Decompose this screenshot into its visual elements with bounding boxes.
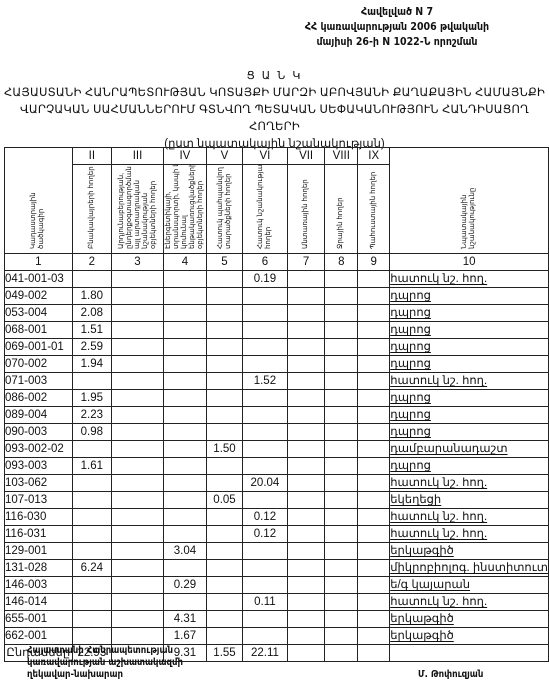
cadastral-code: 146-003 [5, 577, 73, 594]
cadastral-code: 129-001 [5, 543, 73, 560]
purpose: դպրոց [390, 407, 549, 424]
column-header: Կադաստրային ծածկագիր [5, 148, 73, 254]
cadastral-code: 116-031 [5, 526, 73, 543]
table-row: 146-0030.29ե/գ կայարան [5, 577, 549, 594]
column-header: Նպատակային նշանակությունը [390, 148, 549, 254]
area-value [358, 305, 390, 322]
area-value [358, 594, 390, 611]
area-value [206, 322, 242, 339]
area-value [163, 305, 206, 322]
area-value [163, 492, 206, 509]
column-header: Հատուկ նշանակության հողեր [243, 165, 288, 254]
area-value [243, 390, 288, 407]
cadastral-code: 662-001 [5, 628, 73, 645]
area-value [287, 594, 325, 611]
area-value [358, 288, 390, 305]
area-value [243, 560, 288, 577]
total-value: 1.55 [206, 645, 242, 662]
area-value [287, 390, 325, 407]
land-table: Կադաստրային ծածկագիրIIIIIIVVVIVIIVIIIIXՆ… [4, 147, 549, 662]
area-value [206, 560, 242, 577]
area-value [358, 390, 390, 407]
purpose: դպրոց [390, 458, 549, 475]
column-header-text: Նպատակային նշանակությունը [461, 169, 477, 249]
roman-numeral: VII [287, 148, 325, 165]
area-value [112, 424, 164, 441]
area-value [112, 458, 164, 475]
cadastral-code: 093-002-02 [5, 441, 73, 458]
cadastral-code: 069-001-01 [5, 339, 73, 356]
area-value [358, 322, 390, 339]
cadastral-code: 049-002 [5, 288, 73, 305]
annex-decree: ՀՀ կառավարության 2006 թվականի [297, 20, 497, 35]
cadastral-code: 070-002 [5, 356, 73, 373]
purpose: հատուկ նշ. հող. [390, 526, 549, 543]
area-value [325, 390, 358, 407]
purpose: եկեղեցի [390, 492, 549, 509]
purpose: հատուկ նշ. հող. [390, 475, 549, 492]
area-value [243, 492, 288, 509]
table-row: 053-0042.08դպրոց [5, 305, 549, 322]
table-row: 071-0031.52հատուկ նշ. հող. [5, 373, 549, 390]
purpose: երկաթգիծ [390, 628, 549, 645]
signatory-line-1: Հայաստանի Հանրապետության [27, 645, 183, 657]
area-value [206, 305, 242, 322]
area-value [325, 441, 358, 458]
area-value: 4.31 [163, 611, 206, 628]
table-row: 070-0021.94դպրոց [5, 356, 549, 373]
area-value [72, 492, 112, 509]
area-value [325, 356, 358, 373]
area-value [287, 288, 325, 305]
table-row: 146-0140.11հատուկ նշ. հող. [5, 594, 549, 611]
table-row: 069-001-012.59դպրոց [5, 339, 549, 356]
area-value: 1.51 [72, 322, 112, 339]
column-header-text: Հատուկ նշանակության հողեր [257, 165, 273, 250]
table-row: 041-001-030.19հատուկ նշ. հող. [5, 271, 549, 288]
area-value [206, 356, 242, 373]
area-value [206, 424, 242, 441]
total-value: 22.11 [243, 645, 288, 662]
roman-numeral: VI [243, 148, 288, 165]
area-value [287, 305, 325, 322]
table-row: 068-0011.51դպրոց [5, 322, 549, 339]
area-value [325, 458, 358, 475]
area-value [206, 611, 242, 628]
purpose: դպրոց [390, 305, 549, 322]
area-value [206, 288, 242, 305]
area-value [287, 509, 325, 526]
roman-numeral: II [72, 148, 112, 165]
area-value [325, 288, 358, 305]
area-value: 1.95 [72, 390, 112, 407]
area-value [112, 492, 164, 509]
area-value [72, 594, 112, 611]
area-value: 0.98 [72, 424, 112, 441]
area-value [206, 628, 242, 645]
area-value [163, 509, 206, 526]
area-value: 1.52 [243, 373, 288, 390]
area-value: 1.61 [72, 458, 112, 475]
area-value [112, 288, 164, 305]
area-value [287, 560, 325, 577]
area-value [112, 271, 164, 288]
area-value [72, 628, 112, 645]
area-value [112, 339, 164, 356]
area-value [243, 458, 288, 475]
area-value [112, 475, 164, 492]
purpose: դամբարանադաշտ [390, 441, 549, 458]
area-value: 2.08 [72, 305, 112, 322]
area-value: 0.29 [163, 577, 206, 594]
area-value [243, 628, 288, 645]
area-value [287, 271, 325, 288]
area-value [163, 373, 206, 390]
table-row: 093-0031.61դպրոց [5, 458, 549, 475]
table-row: 089-0042.23դպրոց [5, 407, 549, 424]
table-row: 107-0130.05եկեղեցի [5, 492, 549, 509]
table-row: 662-0011.67երկաթգիծ [5, 628, 549, 645]
signatory-title: Հայաստանի Հանրապետության կառավարության ա… [27, 645, 183, 681]
cadastral-code: 053-004 [5, 305, 73, 322]
area-value [163, 424, 206, 441]
cadastral-code: 116-030 [5, 509, 73, 526]
area-value [163, 526, 206, 543]
area-value [325, 305, 358, 322]
annex-date: մայիսի 26-ի N 1022-Ն որոշման [297, 35, 497, 50]
area-value: 1.80 [72, 288, 112, 305]
area-value [163, 441, 206, 458]
cadastral-code: 089-004 [5, 407, 73, 424]
area-value [163, 458, 206, 475]
area-value [325, 492, 358, 509]
area-value [206, 594, 242, 611]
area-value [206, 339, 242, 356]
column-header-text: Արդյունաբերության, ընդերքօգտագործման և ա… [118, 165, 158, 250]
area-value [358, 407, 390, 424]
area-value [112, 526, 164, 543]
area-value [163, 407, 206, 424]
purpose: երկաթգիծ [390, 543, 549, 560]
area-value [243, 577, 288, 594]
column-header: Հատուկ պահպանվող տարածքների հողեր [206, 165, 242, 254]
area-value [112, 356, 164, 373]
area-value [163, 288, 206, 305]
area-value [325, 407, 358, 424]
area-value [358, 611, 390, 628]
area-value [112, 305, 164, 322]
area-value [72, 526, 112, 543]
column-number: 6 [243, 254, 288, 271]
roman-numeral: V [206, 148, 242, 165]
column-header-text: Անտառային հողեր [302, 165, 310, 250]
roman-header-row: Կադաստրային ծածկագիրIIIIIIVVVIVIIVIIIIXՆ… [5, 148, 549, 165]
purpose: դպրոց [390, 424, 549, 441]
column-header-text: Պահուստային հողեր [370, 165, 378, 250]
area-value [287, 577, 325, 594]
cadastral-code: 068-001 [5, 322, 73, 339]
purpose: դպրոց [390, 288, 549, 305]
cadastral-code: 131-028 [5, 560, 73, 577]
table-row: 129-0013.04երկաթգիծ [5, 543, 549, 560]
area-value [287, 356, 325, 373]
area-value [358, 560, 390, 577]
total-purpose [390, 645, 549, 662]
document-title: Ց Ա Ն Կ ՀԱՅԱՍՏԱՆԻ ՀԱՆՐԱՊԵՏՈՒԹՅԱՆ ԿՈՏԱՅՔԻ… [0, 68, 549, 152]
area-value [206, 390, 242, 407]
area-value [243, 424, 288, 441]
cadastral-code: 107-013 [5, 492, 73, 509]
area-value [358, 526, 390, 543]
column-header: Անտառային հողեր [287, 165, 325, 254]
area-value [72, 475, 112, 492]
area-value: 0.19 [243, 271, 288, 288]
table-row: 103-06220.04հատուկ նշ. հող. [5, 475, 549, 492]
cadastral-code: 090-003 [5, 424, 73, 441]
column-header-text: Բնակավայրերի հողեր [88, 165, 96, 250]
area-value [206, 373, 242, 390]
roman-numeral: III [112, 148, 164, 165]
area-value [325, 611, 358, 628]
area-value [163, 390, 206, 407]
area-value: 0.12 [243, 509, 288, 526]
column-header: Պահուստային հողեր [358, 165, 390, 254]
purpose: ե/գ կայարան [390, 577, 549, 594]
area-value [287, 339, 325, 356]
table-row: 131-0286.24միկրոբիոլոգ. ինստիտուտ [5, 560, 549, 577]
column-number: 9 [358, 254, 390, 271]
signatory-line-2: կառավարության աշխատակազմի [27, 657, 183, 669]
area-value [287, 492, 325, 509]
column-number-row: 12345678910 [5, 254, 549, 271]
area-value [112, 594, 164, 611]
area-value [206, 526, 242, 543]
purpose: դպրոց [390, 339, 549, 356]
column-header: Արդյունաբերության, ընդերքօգտագործման և ա… [112, 165, 164, 254]
area-value [325, 475, 358, 492]
cadastral-code: 041-001-03 [5, 271, 73, 288]
area-value [112, 390, 164, 407]
area-value [206, 271, 242, 288]
area-value: 0.11 [243, 594, 288, 611]
area-value: 0.05 [206, 492, 242, 509]
annex-reference: Հավելված N 7 ՀՀ կառավարության 2006 թվակա… [297, 5, 497, 50]
area-value [163, 560, 206, 577]
area-value [325, 560, 358, 577]
column-number: 10 [390, 254, 549, 271]
purpose: հատուկ նշ. հող. [390, 271, 549, 288]
column-header: Ջրային հողեր [325, 165, 358, 254]
purpose: դպրոց [390, 322, 549, 339]
area-value: 1.94 [72, 356, 112, 373]
column-header-text: Էներգետիկայի, տրանսպորտի, կապի և կոմունա… [165, 165, 205, 250]
area-value [206, 407, 242, 424]
area-value [325, 339, 358, 356]
area-value [325, 543, 358, 560]
column-number: 5 [206, 254, 242, 271]
column-number: 2 [72, 254, 112, 271]
area-value [163, 356, 206, 373]
area-value [206, 475, 242, 492]
area-value [243, 407, 288, 424]
area-value [206, 458, 242, 475]
area-value [112, 373, 164, 390]
column-header-text: Կադաստրային ծածկագիր [30, 153, 46, 249]
area-value [325, 628, 358, 645]
area-value [358, 475, 390, 492]
area-value [243, 543, 288, 560]
table-row: 655-0014.31երկաթգիծ [5, 611, 549, 628]
area-value [243, 322, 288, 339]
area-value [243, 339, 288, 356]
roman-numeral: IV [163, 148, 206, 165]
area-value: 6.24 [72, 560, 112, 577]
table-row: 116-0300.12հատուկ նշ. հող. [5, 509, 549, 526]
area-value [325, 271, 358, 288]
area-value [163, 322, 206, 339]
annex-number: Հավելված N 7 [297, 5, 497, 20]
cadastral-code: 655-001 [5, 611, 73, 628]
cadastral-code: 071-003 [5, 373, 73, 390]
area-value [287, 628, 325, 645]
area-value [358, 577, 390, 594]
purpose: երկաթգիծ [390, 611, 549, 628]
area-value [325, 526, 358, 543]
area-value [287, 475, 325, 492]
roman-numeral: IX [358, 148, 390, 165]
area-value [287, 441, 325, 458]
area-value [163, 271, 206, 288]
area-value [325, 594, 358, 611]
area-value [72, 577, 112, 594]
area-value [243, 305, 288, 322]
area-value [206, 509, 242, 526]
area-value [358, 628, 390, 645]
area-value [112, 509, 164, 526]
purpose: հատուկ նշ. հող. [390, 594, 549, 611]
area-value [112, 407, 164, 424]
roman-numeral: VIII [325, 148, 358, 165]
column-header-text: Ջրային հողեր [337, 165, 345, 250]
area-value [112, 441, 164, 458]
total-value [287, 645, 325, 662]
area-value [287, 407, 325, 424]
area-value [243, 611, 288, 628]
area-value [243, 441, 288, 458]
title-line-2: ՎԱՐՉԱԿԱՆ ՍԱՀՄԱՆՆԵՐՈՒՄ ԳՏՆՎՈՂ ՊԵՏԱԿԱՆ ՍԵՓ… [0, 102, 549, 136]
table-row: 086-0021.95դպրոց [5, 390, 549, 407]
area-value [325, 424, 358, 441]
area-value [163, 594, 206, 611]
area-value [287, 424, 325, 441]
area-value [243, 356, 288, 373]
area-value: 1.50 [206, 441, 242, 458]
title-list: Ց Ա Ն Կ [0, 68, 549, 85]
cadastral-code: 146-014 [5, 594, 73, 611]
area-value [358, 492, 390, 509]
area-value: 2.23 [72, 407, 112, 424]
area-value [358, 509, 390, 526]
area-value: 3.04 [163, 543, 206, 560]
cadastral-code: 103-062 [5, 475, 73, 492]
signatory-line-3: ղեկավար-նախարար [27, 669, 183, 681]
area-value [287, 458, 325, 475]
table-row: 093-002-021.50դամբարանադաշտ [5, 441, 549, 458]
title-line-1: ՀԱՅԱՍՏԱՆԻ ՀԱՆՐԱՊԵՏՈՒԹՅԱՆ ԿՈՏԱՅՔԻ ՄԱՐԶԻ Ա… [0, 85, 549, 102]
area-value [112, 611, 164, 628]
table-row: 049-0021.80դպրոց [5, 288, 549, 305]
area-value [72, 271, 112, 288]
purpose: դպրոց [390, 356, 549, 373]
area-value [358, 373, 390, 390]
cadastral-code: 086-002 [5, 390, 73, 407]
area-value [325, 373, 358, 390]
purpose: դպրոց [390, 390, 549, 407]
table-row: 090-0030.98դպրոց [5, 424, 549, 441]
area-value [112, 628, 164, 645]
area-value [72, 611, 112, 628]
column-header: Էներգետիկայի, տրանսպորտի, կապի և կոմունա… [163, 165, 206, 254]
area-value [72, 509, 112, 526]
area-value [287, 526, 325, 543]
column-header-text: Հատուկ պահպանվող տարածքների հողեր [217, 165, 233, 250]
area-value [325, 509, 358, 526]
total-value [325, 645, 358, 662]
purpose: հատուկ նշ. հող. [390, 509, 549, 526]
table-row: 116-0310.12հատուկ նշ. հող. [5, 526, 549, 543]
area-value [287, 373, 325, 390]
area-value [72, 373, 112, 390]
area-value [287, 611, 325, 628]
area-value [358, 543, 390, 560]
area-value [358, 458, 390, 475]
column-number: 8 [325, 254, 358, 271]
area-value [112, 322, 164, 339]
cadastral-code: 093-003 [5, 458, 73, 475]
column-number: 1 [5, 254, 73, 271]
column-number: 3 [112, 254, 164, 271]
area-value [358, 339, 390, 356]
column-number: 4 [163, 254, 206, 271]
area-value [287, 543, 325, 560]
area-value: 1.67 [163, 628, 206, 645]
area-value [112, 543, 164, 560]
area-value: 0.12 [243, 526, 288, 543]
area-value [163, 475, 206, 492]
area-value [206, 577, 242, 594]
area-value: 20.04 [243, 475, 288, 492]
area-value [112, 577, 164, 594]
area-value [325, 322, 358, 339]
area-value [325, 577, 358, 594]
column-header: Բնակավայրերի հողեր [72, 165, 112, 254]
purpose: հատուկ նշ. հող. [390, 373, 549, 390]
area-value [243, 288, 288, 305]
area-value [206, 543, 242, 560]
total-value [358, 645, 390, 662]
area-value [72, 441, 112, 458]
area-value [287, 322, 325, 339]
area-value [358, 271, 390, 288]
signatory-name: Մ. Թոփուզյան [418, 669, 483, 681]
area-value [358, 441, 390, 458]
area-value: 2.59 [72, 339, 112, 356]
purpose: միկրոբիոլոգ. ինստիտուտ [390, 560, 549, 577]
area-value [72, 543, 112, 560]
area-value [163, 339, 206, 356]
area-value [358, 424, 390, 441]
area-value [112, 560, 164, 577]
